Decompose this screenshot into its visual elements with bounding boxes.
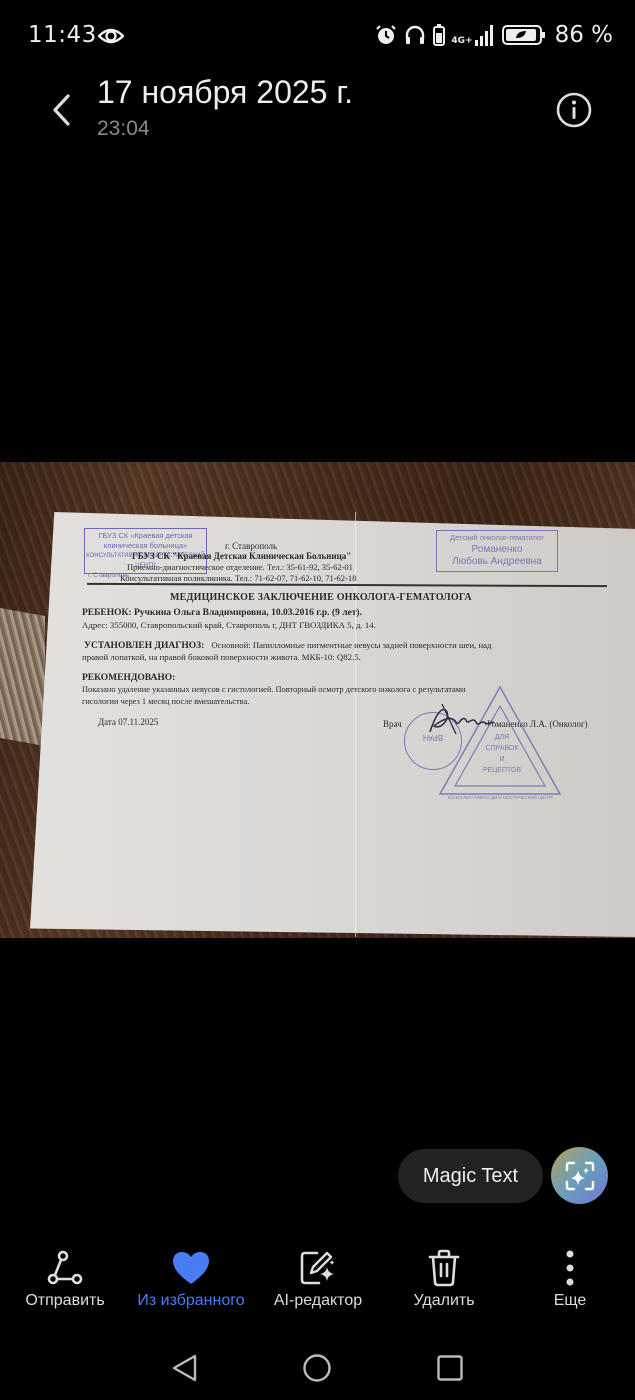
system-nav-bar xyxy=(0,1335,635,1400)
magic-text-button[interactable]: Magic Text xyxy=(398,1149,543,1203)
signature xyxy=(422,702,502,742)
recents-square-icon xyxy=(436,1354,464,1382)
doc-doctor-label: Врач xyxy=(383,719,402,729)
doc-clinic: Консультативная поликлиника. Тел.: 71-62… xyxy=(120,573,356,583)
stamp-triangle-bottom: КОНСУЛЬТАТИВНО-ДИАГНОСТИЧЕСКИЙ ЦЕНТР xyxy=(448,795,554,800)
doc-recommended-line1: Показано удаление указанных невусов с ги… xyxy=(82,685,465,694)
back-button[interactable] xyxy=(44,90,78,130)
nav-recents-button[interactable] xyxy=(433,1351,467,1385)
share-icon xyxy=(47,1250,83,1286)
photo-time: 23:04 xyxy=(97,117,150,141)
share-label: Отправить xyxy=(5,1292,125,1310)
medical-document: ГБУЗ СК «Краевая детская клиническая бол… xyxy=(0,462,635,938)
doc-recommended-line2: гисологии через 1 месяц после вмешательс… xyxy=(82,697,249,706)
doc-child: РЕБЕНОК: Ручкина Ольга Владимировна, 10.… xyxy=(82,608,362,618)
doc-org-name: ГБУЗ СК "Краевая Детская Клиническая Бол… xyxy=(132,551,351,561)
stamp-line: Романенко xyxy=(437,544,557,556)
ai-edit-icon xyxy=(299,1249,337,1287)
photo-action-toolbar: Отправить Из избранного AI-редактор xyxy=(0,1240,635,1320)
battery-small-icon xyxy=(432,23,446,47)
stamp-line: РЕЦЕПТОВ xyxy=(478,765,526,776)
more-label: Еще xyxy=(510,1292,630,1310)
stamp-line: ГБУЗ СК «Краевая детская xyxy=(85,531,206,541)
favorite-label: Из избранного xyxy=(131,1292,251,1310)
stamp-line: Детский онколог-гематолог xyxy=(437,532,557,544)
back-triangle-icon xyxy=(171,1353,199,1383)
status-time: 11:43 xyxy=(28,22,97,48)
doc-diagnosis-line2: правой лопаткой, на правой боковой повер… xyxy=(82,652,361,662)
battery-saver-icon xyxy=(502,24,546,46)
doc-date: Дата 07.11.2025 xyxy=(98,717,158,727)
delete-label: Удалить xyxy=(384,1292,504,1310)
network-type: 4G+ xyxy=(451,37,472,46)
stamp-line: СПРАВОК xyxy=(478,743,526,754)
doc-department: Приемно-диагностическое отделение. Тел.:… xyxy=(127,562,353,572)
child-label: РЕБЕНОК: xyxy=(82,608,132,618)
photo-date-title: 17 ноября 2025 г. xyxy=(97,74,353,111)
magic-text-scan-icon xyxy=(564,1160,596,1192)
ai-editor-button[interactable]: AI-редактор xyxy=(258,1240,378,1320)
diagnosis-label: УСТАНОВЛЕН ДИАГНОЗ: xyxy=(84,641,204,651)
info-icon[interactable] xyxy=(555,91,593,129)
favorite-button[interactable]: Из избранного xyxy=(131,1240,251,1320)
chevron-left-icon xyxy=(51,93,71,127)
doc-heading: МЕДИЦИНСКОЕ ЗАКЛЮЧЕНИЕ ОНКОЛОГА-ГЕМАТОЛО… xyxy=(170,592,472,603)
doc-city: г. Ставрополь xyxy=(225,541,277,551)
magic-text-label: Magic Text xyxy=(423,1165,518,1188)
eye-icon xyxy=(98,26,124,46)
headphones-icon xyxy=(403,23,427,47)
nav-home-button[interactable] xyxy=(300,1351,334,1385)
stamp-line: И xyxy=(478,754,526,765)
nav-back-button[interactable] xyxy=(168,1351,202,1385)
viewer-header: 17 ноября 2025 г. 23:04 xyxy=(0,70,635,150)
heart-icon xyxy=(172,1251,210,1285)
stamp-doctor: Детский онколог-гематолог Романенко Любо… xyxy=(436,530,558,572)
photo-image[interactable]: ГБУЗ СК «Краевая детская клиническая бол… xyxy=(0,462,635,938)
more-button[interactable]: Еще xyxy=(510,1240,630,1320)
doc-diagnosis: УСТАНОВЛЕН ДИАГНОЗ: Основной: Папилломны… xyxy=(84,640,491,651)
child-value: Ручкина Ольга Владимировна, 10.03.2016 г… xyxy=(134,608,362,618)
home-circle-icon xyxy=(302,1353,332,1383)
battery-percent: 86 % xyxy=(555,22,613,48)
share-button[interactable]: Отправить xyxy=(5,1240,125,1320)
more-vertical-icon xyxy=(565,1249,575,1287)
doc-address: Адрес: 355000, Ставропольский край, Став… xyxy=(82,620,376,630)
header-divider xyxy=(87,583,607,587)
magic-text-scan-button[interactable] xyxy=(551,1147,608,1204)
stamp-line: клиническая больница» xyxy=(85,541,206,551)
signal-icon: 4G+ xyxy=(451,24,492,46)
diagnosis-text: Основной: Папилломные пигментные невусы … xyxy=(211,640,491,650)
delete-button[interactable]: Удалить xyxy=(384,1240,504,1320)
ai-editor-label: AI-редактор xyxy=(258,1292,378,1310)
doc-recommended-label: РЕКОМЕНДОВАНО: xyxy=(82,673,175,683)
alarm-icon xyxy=(374,23,398,47)
trash-icon xyxy=(428,1249,460,1287)
status-bar: 11:43 4G+ xyxy=(0,0,635,76)
stamp-line: Любовь Андреевна xyxy=(437,556,557,568)
